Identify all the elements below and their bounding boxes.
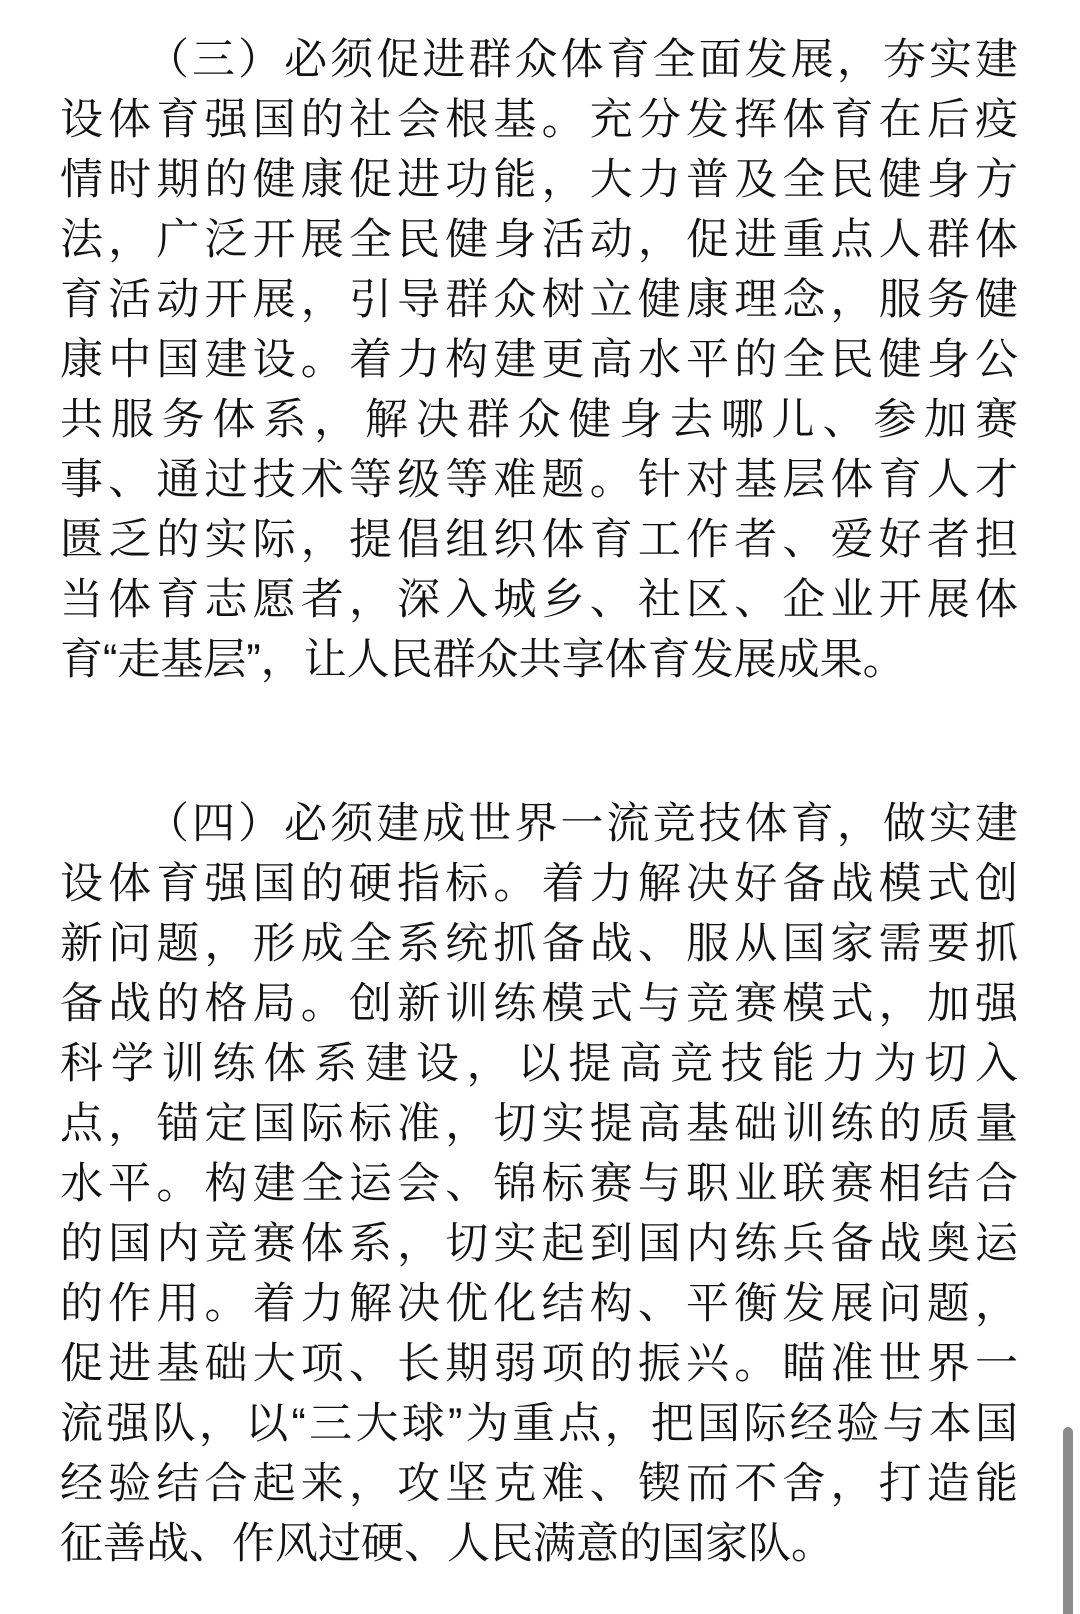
text-line: 情时期的健康促进功能，大力普及全民健身方 <box>60 150 1018 210</box>
text-line: 的国内竞赛体系，切实起到国内练兵备战奥运 <box>60 1214 1018 1274</box>
text-line: 法，广泛开展全民健身活动，促进重点人群体 <box>60 210 1018 270</box>
text-line: 点，锚定国际标准，切实提高基础训练的质量 <box>60 1094 1018 1154</box>
text-line: 科学训练体系建设，以提高竞技能力为切入 <box>60 1034 1018 1094</box>
text-line: 育“走基层”，让人民群众共享体育发展成果。 <box>60 630 1018 690</box>
text-line: （四）必须建成世界一流竞技体育，做实建 <box>60 794 1018 854</box>
text-line: 备战的格局。创新训练模式与竞赛模式，加强 <box>60 974 1018 1034</box>
text-line: 当体育志愿者，深入城乡、社区、企业开展体 <box>60 570 1018 630</box>
scrollbar-thumb[interactable] <box>1063 1427 1073 1614</box>
text-line: 新问题，形成全系统抓备战、服从国家需要抓 <box>60 914 1018 974</box>
text-line: （三）必须促进群众体育全面发展，夯实建 <box>60 30 1018 90</box>
text-line: 共服务体系，解决群众健身去哪儿、参加赛 <box>60 390 1018 450</box>
text-line: 设体育强国的社会根基。充分发挥体育在后疫 <box>60 90 1018 150</box>
paragraph-section-four: （四）必须建成世界一流竞技体育，做实建 设体育强国的硬指标。着力解决好备战模式创… <box>60 794 1018 1574</box>
document-page: （三）必须促进群众体育全面发展，夯实建 设体育强国的社会根基。充分发挥体育在后疫… <box>60 30 1018 1574</box>
text-line: 匮乏的实际，提倡组织体育工作者、爱好者担 <box>60 510 1018 570</box>
text-line: 促进基础大项、长期弱项的振兴。瞄准世界一 <box>60 1334 1018 1394</box>
text-line: 康中国建设。着力构建更高水平的全民健身公 <box>60 330 1018 390</box>
paragraph-section-three: （三）必须促进群众体育全面发展，夯实建 设体育强国的社会根基。充分发挥体育在后疫… <box>60 30 1018 690</box>
text-line: 经验结合起来，攻坚克难、锲而不舍，打造能 <box>60 1454 1018 1514</box>
text-line: 育活动开展，引导群众树立健康理念，服务健 <box>60 270 1018 330</box>
text-line: 水平。构建全运会、锦标赛与职业联赛相结合 <box>60 1154 1018 1214</box>
text-line: 的作用。着力解决优化结构、平衡发展问题， <box>60 1274 1018 1334</box>
text-line: 设体育强国的硬指标。着力解决好备战模式创 <box>60 854 1018 914</box>
text-line: 事、通过技术等级等难题。针对基层体育人才 <box>60 450 1018 510</box>
text-line: 流强队，以“三大球”为重点，把国际经验与本国 <box>60 1394 1018 1454</box>
text-line: 征善战、作风过硬、人民满意的国家队。 <box>60 1514 1018 1574</box>
